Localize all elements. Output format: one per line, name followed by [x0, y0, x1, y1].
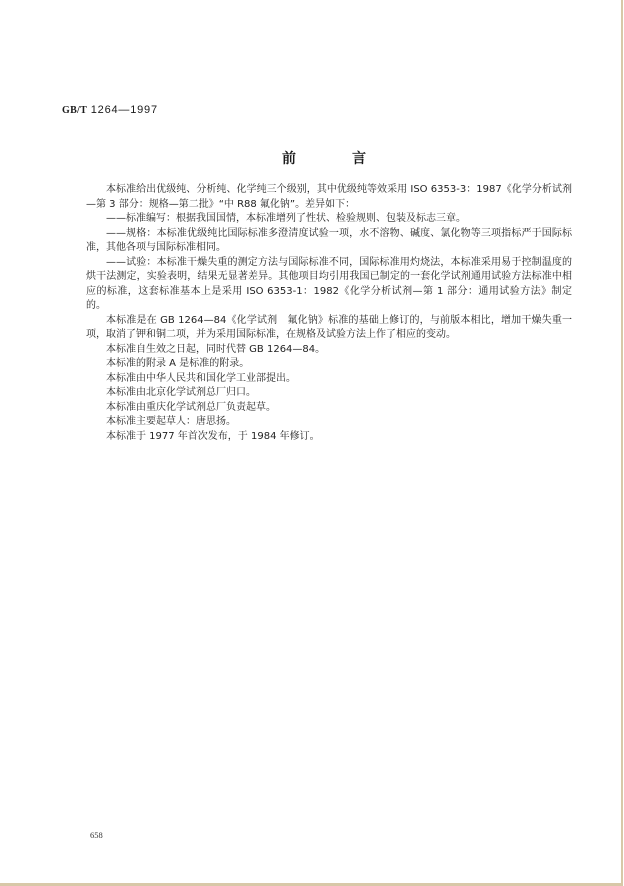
paragraph-appendix: 本标准的附录 A 是标准的附录。	[86, 357, 572, 372]
page-title: 前言	[282, 148, 366, 168]
title-char-2: 言	[352, 151, 366, 167]
paragraph-drafter: 本标准主要起草人：唐思扬。	[86, 415, 572, 430]
page-number: 658	[90, 830, 103, 840]
paragraph-history: 本标准于 1977 年首次发布，于 1984 年修订。	[86, 430, 572, 445]
foreword-body: 本标准给出优级纯、分析纯、化学纯三个级别，其中优级纯等效采用 ISO 6353-…	[86, 183, 572, 444]
standard-code-number: 1264—1997	[91, 104, 158, 116]
paragraph-difference-writing: ——标准编写：根据我国国情，本标准增列了性状、检验规则、包装及标志三章。	[86, 212, 572, 227]
paragraph-intro: 本标准给出优级纯、分析纯、化学纯三个级别，其中优级纯等效采用 ISO 6353-…	[86, 183, 572, 212]
paragraph-drafting-unit: 本标准由重庆化学试剂总厂负责起草。	[86, 401, 572, 416]
paragraph-revision: 本标准是在 GB 1264—84《化学试剂 氟化钠》标准的基础上修订的，与前版本…	[86, 314, 572, 343]
standard-code: GB/T 1264—1997	[62, 104, 158, 116]
standard-code-prefix: GB/T	[62, 105, 87, 116]
paragraph-effective: 本标准自生效之日起，同时代替 GB 1264—84。	[86, 343, 572, 358]
paragraph-difference-specification: ——规格：本标准优级纯比国际标准多澄清度试验一项，水不溶物、碱度、氯化物等三项指…	[86, 227, 572, 256]
paragraph-proposer: 本标准由中华人民共和国化学工业部提出。	[86, 372, 572, 387]
paragraph-centralized: 本标准由北京化学试剂总厂归口。	[86, 386, 572, 401]
title-char-1: 前	[282, 151, 296, 167]
paragraph-difference-test: ——试验：本标准干燥失重的测定方法与国际标准不同，国际标准用灼烧法，本标准采用易…	[86, 256, 572, 314]
document-page: GB/T 1264—1997 前言 本标准给出优级纯、分析纯、化学纯三个级别，其…	[0, 0, 623, 886]
